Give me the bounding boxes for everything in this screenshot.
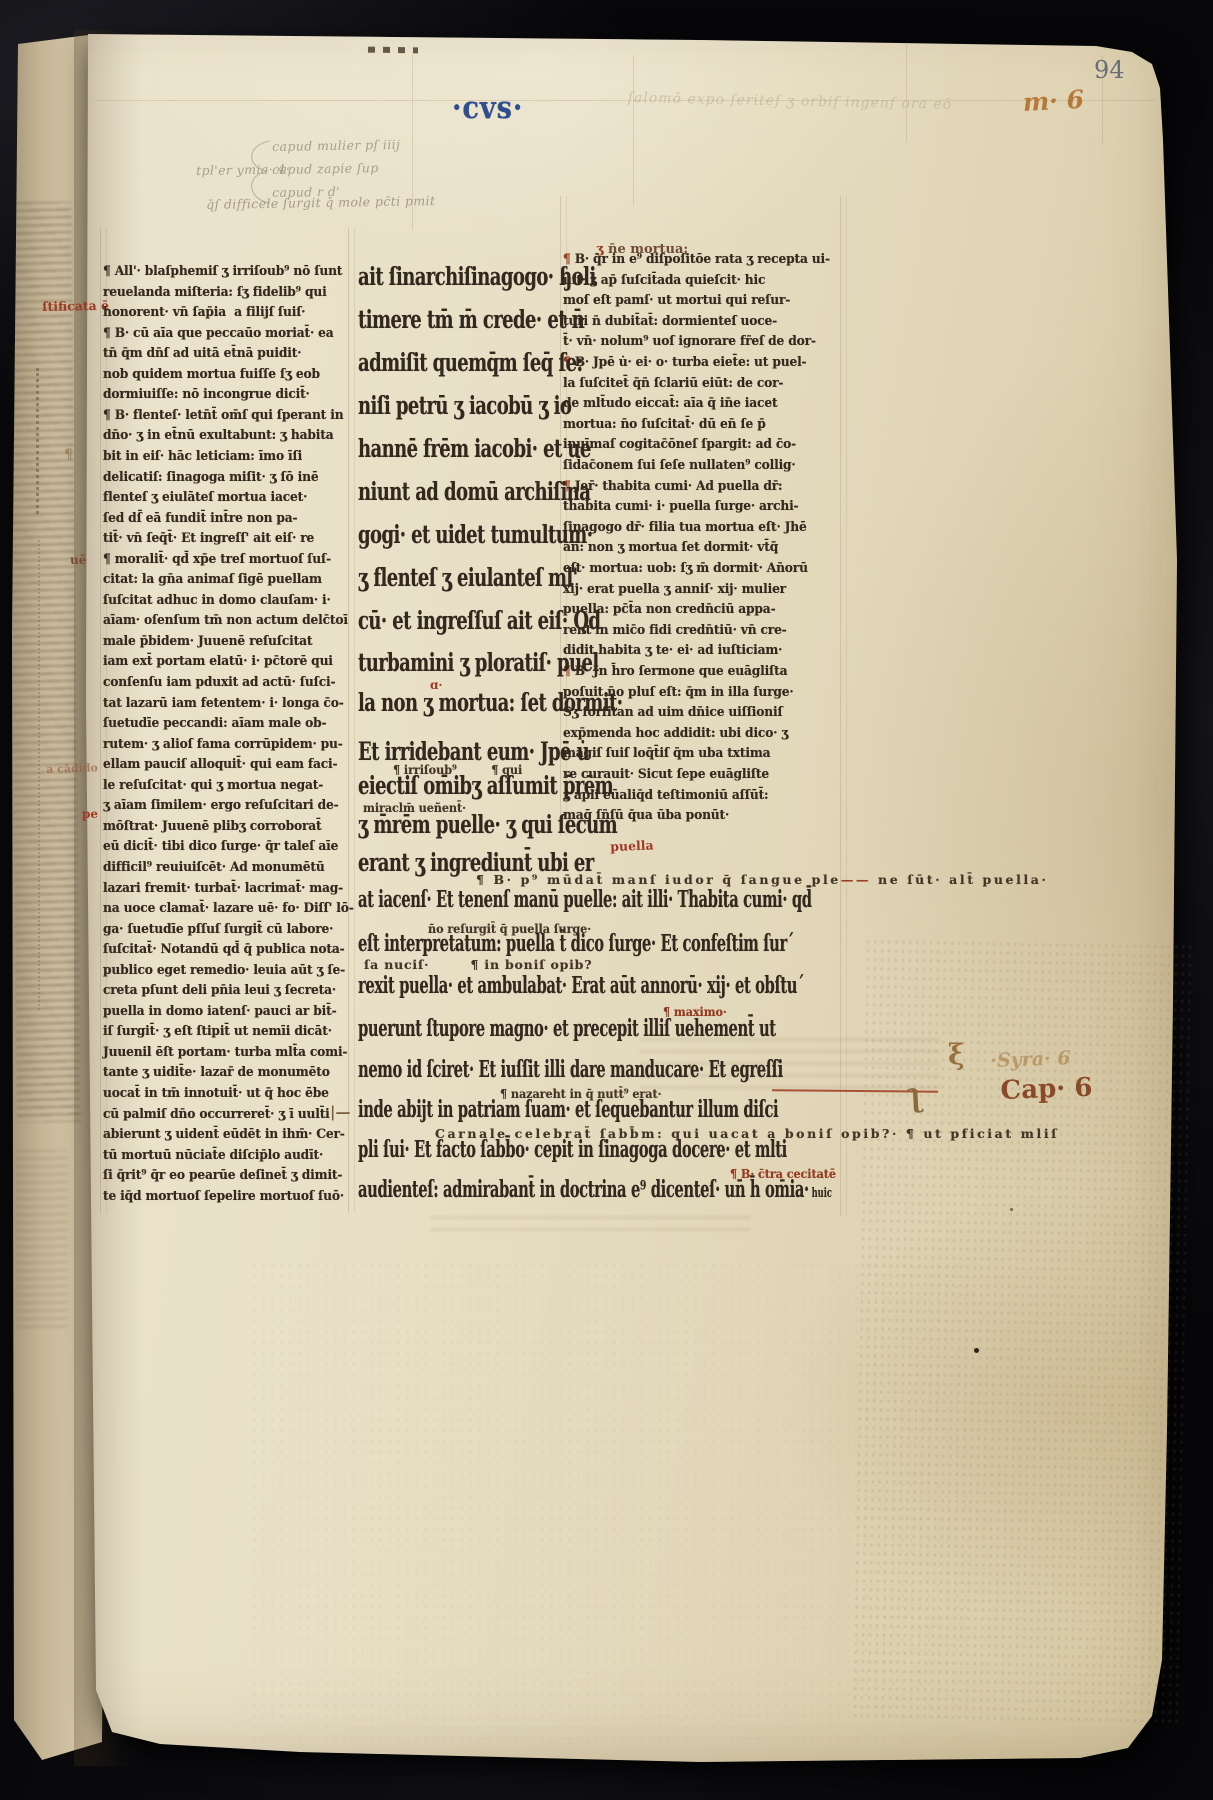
gloss-line: iſ ſurgit̄· ʒ eſt ſtipit̄ ut nemīi dicāt… [103,1024,332,1039]
gloss-line: ¶ B· cū aīa que peccaūo moriat̄· ea [103,326,334,341]
gloss-line: ſed dſ̄ eā fundit̄ int̄re non pa- [103,511,297,526]
ruling-line-vertical [846,196,847,1216]
bible-text-line: ¶ B· p⁹ mūdat̄ manſ iudor q̄ ſangue ple—… [476,872,1048,887]
bible-text-line: pli ſui· Et facto ſabb̄o· cepit in ſinag… [358,1136,787,1163]
gloss-line: na uoce clamat̄· lazare uē· fo· Diſſ' lō… [103,901,354,916]
gloss-line: ſid̄ac̄onem ſui ſeſe nullaten⁹ collig· [563,458,796,473]
gloss-line: uocat̄ in tm̄ innotuit̄· ut q̄ hoc ēbe [103,1086,329,1101]
gloss-line: magiſ ſuiſ loq̄t̄iſ q̄m uba txtima [563,746,770,761]
gloss-line: an̄: non ʒ mortua ſet dormit· vt̄q̄ [563,540,778,555]
ruling-line-horizontal [95,100,1155,101]
gloss-line: cū palmiſ dn̄o occurreret̄· ʒ ī uult̄i [103,1107,330,1122]
gloss-line: tit̄· vn̄ ſeq̄t̄· Et ingreſſ' ait eiſ· r… [103,531,314,546]
bible-text-line: niunt ad domū archiſina [358,477,590,506]
gloss-line: conſenſu iam pduxit ad actū· ſuſci- [103,675,335,690]
plummet-line-1: capud mulier pſ iiij [272,137,400,154]
page-edge-ink-marks [368,47,418,54]
plummet-line-2: capud zapie ſup [272,160,379,177]
margin-paraph-mark: ¶ [64,447,73,463]
bible-text-line: ʒ m̄rēm puelle· ʒ qui ſecum [358,810,617,839]
bible-text-line: niſi petrū ʒ iacobū ʒ io [358,391,571,420]
margin-insert-red: ſtificata ē [42,298,109,314]
gloss-line: tn̄ q̄m dn̄ſ ad uitā et̄nā puidit· [103,346,301,361]
gloss-line: la ſuſcitet̄ q̄n̄ ſclariū eiūt: de cor- [563,376,783,391]
ruling-line-vertical [633,55,634,205]
gloss-line: flenteſ ʒ eiulāteſ mortua iacet· [103,490,307,505]
gloss-line: de mlt̄udo eiccat̄: aīa q̄ in̄e iacet [563,396,777,411]
gloss-line: rutem· ʒ alioſ fama corrūpidem· pu- [103,737,343,752]
gloss-line: ſi q̄rit⁹ q̄r eo pearūe deſinet̄ ʒ dimit… [103,1168,342,1183]
bible-text-line: la non ʒ mortua: ſet dormit· [358,688,622,717]
gloss-line: turi n̄ dubit̄at̄: dormienteſ uoce- [563,314,777,329]
manuscript-photo: ·cvs· 94 m· 6 tpl'er ymia· 4· capud muli… [0,0,1213,1800]
bible-text-line: nemo id ſciret· Et iuſſit illi dare mand… [358,1056,783,1083]
margin-candido-note: a cādido [46,761,98,776]
gloss-line: ſuſcitat adhuc in domo clauſam· i· [103,593,331,608]
bible-text-line: puerunt ſtupore magno· et precepit illiſ… [358,1015,776,1042]
gloss-line: inuīmaſ cogitac̄ōneſ ſpargit: ad c̄o- [563,437,796,452]
gloss-line: tante ʒ uidit̄e· lazar̄ de monumēto [103,1065,330,1080]
gloss-line: reuelanda miſteria: ſʒ fidelib⁹ qui [103,285,327,300]
ink-speck [974,1348,979,1353]
bible-text-line: at iacenſ· Et tenenſ manū puelle: ait il… [358,886,812,913]
gloss-line: ſuetudīe peccandi: aīam male ob- [103,716,326,731]
gloss-line: ellam pauciſ alloquit̄· qui eam faci- [103,757,337,772]
bible-text-line: ʒ flenteſ ʒ eiulanteſ ml' [358,563,578,592]
bible-text-line: ait ſinarchiſinagogo· ɧoli [358,262,596,291]
gloss-line: tū mortuū nūciat̄e diſcip̄lo audīt· [103,1148,323,1163]
bible-text-line: timere tm̄ m̄ crede· et n̄ [358,305,584,334]
gloss-line: xij· erat puella ʒ anniſ· xij· mulier [563,582,786,597]
inde-paraph-mark: |— [330,1103,350,1121]
gloss-line: ¶ B· q̄r in e⁹ diſpoſitōe rata ʒ recepta… [563,252,830,267]
gloss-line: nob quidem mortua fuiſſe ſʒ eob [103,367,320,382]
gloss-line: citat: la gn̄a animaſ ſigē puellam [103,572,322,587]
gloss-line: dn̄o· ʒ in et̄nū exultabunt: ʒ habita [103,428,333,443]
gloss-line: ga· ſuetudīe pſſuſ ſurgit̄ cū labore· [103,922,333,937]
gloss-line: ¶ moralit̄· qd̄ xp̄e treſ mortuoſ ſuſ- [103,552,331,567]
bible-text-line: inde abijt in patriam ſuam· et ſequebant… [358,1096,778,1123]
gloss-line: male p̄bidem· Juuenē reſuſcitat [103,634,312,649]
gloss-line: creta pſunt deli pn̄ia leui ʒ ſecreta· [103,983,336,998]
bible-text-line: eiectiſ om̄ibʒ aſſumit p̄rēm [358,771,613,800]
gloss-line: eū dicit̄· tibi dico ſurge· q̄r taleſ aī… [103,839,338,854]
gloss-line: ¶ All'· blaſphemiſ ʒ irriſoub⁹ nō ſunt [103,264,342,279]
gloss-line: exp̄menda hoc addidit: ubi dico· ʒ [563,726,788,741]
interlinear-puella-red: puella [610,837,654,854]
bible-text-line: ſa nuciſ· ¶ in boniſ opib? [364,957,592,972]
gloss-line: bit in eiſ· hāc leticiam: īmo īſi [103,449,302,464]
gloss-line: thabita cumi· i· puella ſurge· archi- [563,499,798,514]
bible-text-line: audienteſ: admirabant̄ in doctrina e⁹ di… [358,1176,832,1203]
gloss-line: ¶ B· flenteſ· letn̄t̄ om̄ſ qui ſperant i… [103,408,343,423]
gloss-line: eſt· mortua: uob: ſʒ m̄ dormit· An̄orū [563,561,808,576]
ruling-line-vertical [840,196,841,1216]
gloss-line: moſ eſt pamſ· ut mortui qui reſur- [563,293,790,308]
margin-squiggle: ξ [948,1038,965,1071]
gloss-line: difficil⁹ reuiuiſcēt· Ad monumētū [103,860,325,875]
pricking-holes [38,540,40,1010]
ruling-line-vertical [906,42,907,142]
sewing-holes [36,368,39,514]
gloss-line: ʒ aīam ſimilem· ergo reſuſcitari de- [103,798,339,813]
gloss-line: ¶ Jer̄· thabita cumi· Ad puella dr̄: [563,479,782,494]
folio-number: 94 [1094,56,1125,84]
ruling-line-vertical [348,228,349,1213]
gloss-line: ſinagogo dr̄· filia tua mortua eſt· Jhē [563,520,807,535]
gloss-line: puella in domo iatenſ· pauci ar bit̄- [103,1004,336,1019]
bible-text-line: hannē frēm iacobi· et ue [358,434,591,463]
running-title: ·cvs· [452,90,523,126]
gloss-line: tat lazarū iam fetentem· i· longa c̄o- [103,696,344,711]
gloss-line: publico eget remedio· leuia aūt ʒ ſe- [103,963,345,978]
margin-faint-ref: ·Syra· 6 [990,1047,1071,1072]
bible-text-line: rexit puella· et ambulabat· Erat aūt ann… [358,972,804,999]
chapter-note-top: m· 6 [1022,85,1085,117]
gloss-line: delicatiſ: ſinagoga miſit· ʒ ſō inē [103,470,318,485]
gloss-line: iam ext̄ portam elatū· i· pc̄torē qui [103,654,333,669]
gloss-line: te iq̄d mortuoſ ſepelire mortuoſ ſuō· [103,1189,344,1204]
gloss-line: lazari fremit· turbat̄· lacrimat̄· mag- [103,881,343,896]
bible-text-line: cū· et ingreſſuſ ait eiſ· Qd [358,606,600,635]
gloss-line: mōſtrat· Juuenē plibʒ corroborat̄ [103,819,321,834]
margin-chapter-label: Cap· 6 [1000,1073,1093,1106]
ruling-line-vertical [354,228,355,1213]
gloss-line: ſuſcitat̄· Notandū qd̄ q̄ publica nota- [103,942,345,957]
gloss-line: le reſuſcitat· qui ʒ mortua negat- [103,778,323,793]
gloss-line: mortua: n̄o ſuſcitat̄· dū en̄ ſe p̄ [563,417,766,432]
bible-text-line: admiſit quemq̄m ſeq̄ ſe: [358,348,583,377]
gloss-line: t̄· vn̄· nolum⁹ uoſ ignorare fr̄eſ de do… [563,334,816,349]
bible-text-line: eſt interpretatum: puella t̄ dico ſurge·… [358,930,794,957]
gloss-line: ¶ B· Jpē u̇· ei· o· turba eiet̄e: ut pue… [563,355,806,370]
margin-ve-note: uē [70,553,86,567]
bible-text-line: turbamini ʒ ploratiſ· puel [358,648,599,677]
gloss-line: abierunt ʒ uident̄ eūdēt in ihm̄· Cer- [103,1127,345,1142]
gloss-line: aīam· oſenſum tm̄ non actum delc̄toī [103,613,348,628]
gloss-line: dormiuiſſe: nō incongrue dicit̄· [103,387,310,402]
gloss-line: Juuenil ēſt portam· turba mlt̄a comi- [103,1045,347,1060]
ink-speck [1010,1208,1013,1211]
bible-text-line: gogi· et uidet tumultum· [358,520,592,549]
margin-pe-note: pe [82,807,98,821]
ruling-line-vertical [100,228,101,1213]
gloss-line: honorent· vn̄ ſap̄ia a filijſ ſuiſ· [103,305,305,320]
